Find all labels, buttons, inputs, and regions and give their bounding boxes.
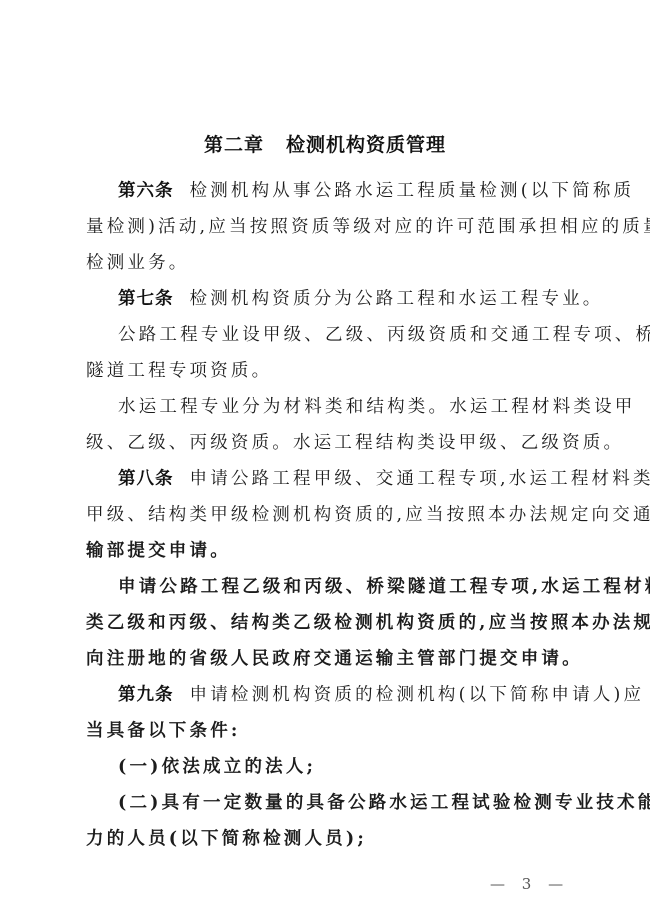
article-label: 第六条	[118, 181, 174, 201]
article-6-line-1: 第六条检测机构从事公路水运工程质量检测(以下简称质	[118, 180, 564, 202]
article-7-line-1: 第七条检测机构资质分为公路工程和水运工程专业。	[118, 288, 564, 310]
article-8-para-1-line-2: 类乙级和丙级、结构类乙级检测机构资质的,应当按照本办法规定	[86, 612, 564, 634]
article-8-line-2: 甲级、结构类甲级检测机构资质的,应当按照本办法规定向交通运	[86, 504, 564, 526]
article-8-line-1: 第八条申请公路工程甲级、交通工程专项,水运工程材料类	[118, 468, 564, 490]
chapter-title: 第二章检测机构资质管理	[0, 130, 650, 157]
article-6-line-2: 量检测)活动,应当按照资质等级对应的许可范围承担相应的质量	[86, 216, 564, 238]
article-label: 第九条	[118, 685, 174, 705]
article-8-para-1-line-3: 向注册地的省级人民政府交通运输主管部门提交申请。	[86, 648, 564, 670]
page-number: — 3 —	[490, 875, 569, 893]
article-6-line-3: 检测业务。	[86, 252, 564, 274]
article-7-para-1-line-1: 公路工程专业设甲级、乙级、丙级资质和交通工程专项、桥梁	[118, 324, 564, 346]
article-7-para-2-line-1: 水运工程专业分为材料类和结构类。水运工程材料类设甲	[118, 396, 564, 418]
article-9-item-2-line-1: (二)具有一定数量的具备公路水运工程试验检测专业技术能	[118, 792, 564, 814]
article-9-item-1: (一)依法成立的法人;	[118, 756, 564, 778]
article-9-item-2-line-2: 力的人员(以下简称检测人员);	[86, 828, 564, 850]
article-8-line-3: 输部提交申请。	[86, 540, 564, 562]
article-8-para-1-line-1: 申请公路工程乙级和丙级、桥梁隧道工程专项,水运工程材料	[118, 576, 564, 598]
article-7-para-2-line-2: 级、乙级、丙级资质。水运工程结构类设甲级、乙级资质。	[86, 432, 564, 454]
article-label: 第八条	[118, 469, 174, 489]
chapter-label: 第二章	[204, 134, 264, 156]
article-9-line-1: 第九条申请检测机构资质的检测机构(以下简称申请人)应	[118, 684, 564, 706]
article-9-line-2: 当具备以下条件:	[86, 720, 564, 742]
chapter-text: 检测机构资质管理	[286, 134, 446, 156]
article-7-para-1-line-2: 隧道工程专项资质。	[86, 360, 564, 382]
article-label: 第七条	[118, 289, 174, 309]
